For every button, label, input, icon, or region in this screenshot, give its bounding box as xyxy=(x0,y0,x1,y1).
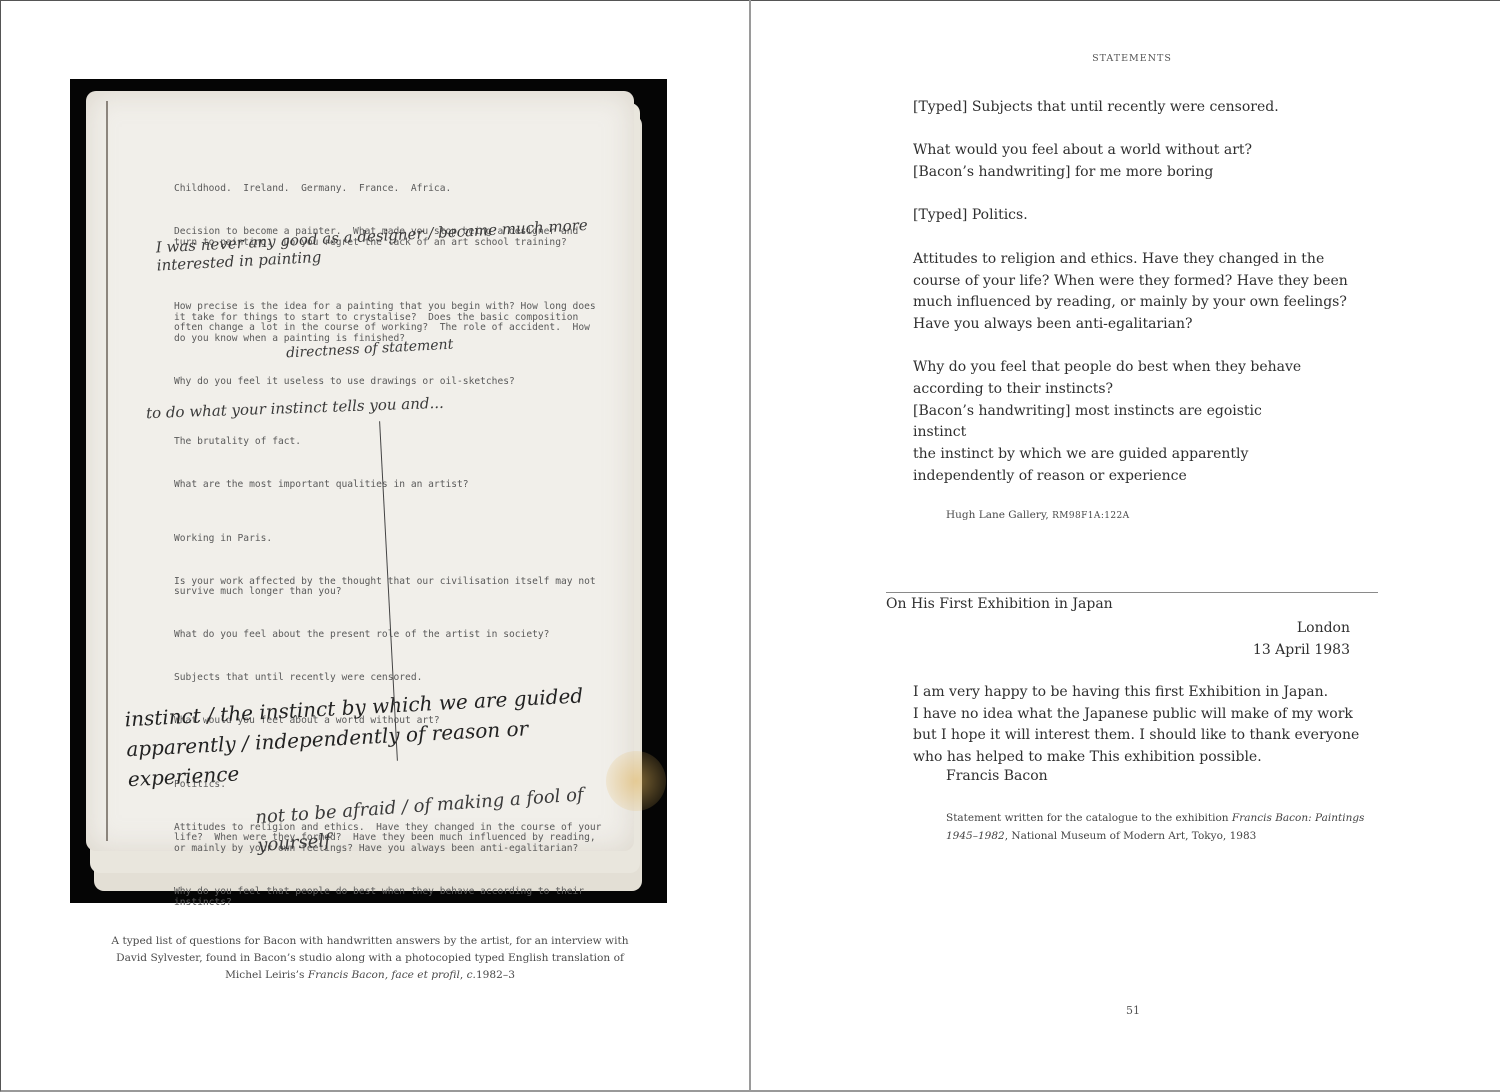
source-reference: RM98F1A:122A xyxy=(1052,511,1129,521)
caption-circa: c. xyxy=(467,969,476,981)
transcript-line: course of your life? When were they form… xyxy=(913,271,1363,293)
paper-stain xyxy=(606,751,666,811)
transcript: [Typed] Subjects that until recently wer… xyxy=(913,97,1363,509)
section-divider xyxy=(886,592,1378,593)
statement-line: who has helped to make This exhibition p… xyxy=(913,747,1363,769)
transcript-line: instinct xyxy=(913,422,1363,444)
paper-stack: Childhood. Ireland. Germany. France. Afr… xyxy=(86,91,646,891)
page-gutter xyxy=(749,0,751,1092)
transcript-line: [Bacon’s handwriting] for me more boring xyxy=(913,162,1363,184)
typed-question: Why do you feel that people do best when… xyxy=(174,887,604,908)
dateline-place: London xyxy=(1253,617,1350,639)
transcript-line: Why do you feel that people do best when… xyxy=(913,357,1363,379)
typed-question: What are the most important qualities in… xyxy=(174,480,604,491)
transcript-line: the instinct by which we are guided appa… xyxy=(913,444,1363,466)
transcript-line: according to their instincts? xyxy=(913,379,1363,401)
transcript-paragraph: Why do you feel that people do best when… xyxy=(913,357,1363,487)
statement-note: Statement written for the catalogue to t… xyxy=(946,810,1366,845)
source-name: Hugh Lane Gallery, xyxy=(946,509,1052,521)
caption-separator: , xyxy=(460,969,467,981)
running-head: STATEMENTS xyxy=(1032,53,1232,64)
transcript-line: [Typed] Politics. xyxy=(913,205,1363,227)
typed-question: Working in Paris. xyxy=(174,534,604,545)
typed-question: What do you feel about the present role … xyxy=(174,630,604,641)
typed-question: Why do you feel it useless to use drawin… xyxy=(174,377,604,388)
section-title: On His First Exhibition in Japan xyxy=(886,596,1113,612)
source-credit: Hugh Lane Gallery, RM98F1A:122A xyxy=(946,509,1130,521)
transcript-line: Have you always been anti-egalitarian? xyxy=(913,314,1363,336)
transcript-line: independently of reason or experience xyxy=(913,466,1363,488)
dateline: London 13 April 1983 xyxy=(1253,617,1350,661)
typed-question: How precise is the idea for a painting t… xyxy=(174,302,604,345)
statement-line: I am very happy to be having this first … xyxy=(913,682,1363,704)
typed-question: Childhood. Ireland. Germany. France. Afr… xyxy=(174,184,604,195)
transcript-paragraph: [Typed] Subjects that until recently wer… xyxy=(913,97,1363,119)
caption-book-title: Francis Bacon, face et profil xyxy=(308,969,460,981)
statement-body: I am very happy to be having this first … xyxy=(913,682,1363,769)
document-photograph: Childhood. Ireland. Germany. France. Afr… xyxy=(70,79,667,903)
transcript-paragraph: What would you feel about a world withou… xyxy=(913,140,1363,183)
typed-question: The brutality of fact. xyxy=(174,437,604,448)
caption-date: 1982–3 xyxy=(476,969,515,981)
paper-sheet-front: Childhood. Ireland. Germany. France. Afr… xyxy=(86,91,634,851)
dateline-date: 13 April 1983 xyxy=(1253,639,1350,661)
page-number: 51 xyxy=(1118,1004,1148,1017)
transcript-line: [Typed] Subjects that until recently wer… xyxy=(913,97,1363,119)
figure-caption: A typed list of questions for Bacon with… xyxy=(100,933,640,984)
note-venue: , National Museum of Modern Art, Tokyo, … xyxy=(1005,830,1257,842)
transcript-paragraph: [Typed] Politics. xyxy=(913,205,1363,227)
signature: Francis Bacon xyxy=(946,768,1048,784)
statement-line: but I hope it will interest them. I shou… xyxy=(913,725,1363,747)
transcript-line: What would you feel about a world withou… xyxy=(913,140,1363,162)
transcript-line: much influenced by reading, or mainly by… xyxy=(913,292,1363,314)
note-text: Statement written for the catalogue to t… xyxy=(946,812,1232,824)
transcript-paragraph: Attitudes to religion and ethics. Have t… xyxy=(913,249,1363,336)
transcript-line: [Bacon’s handwriting] most instincts are… xyxy=(913,401,1363,423)
statement-line: I have no idea what the Japanese public … xyxy=(913,704,1363,726)
transcript-line: Attitudes to religion and ethics. Have t… xyxy=(913,249,1363,271)
